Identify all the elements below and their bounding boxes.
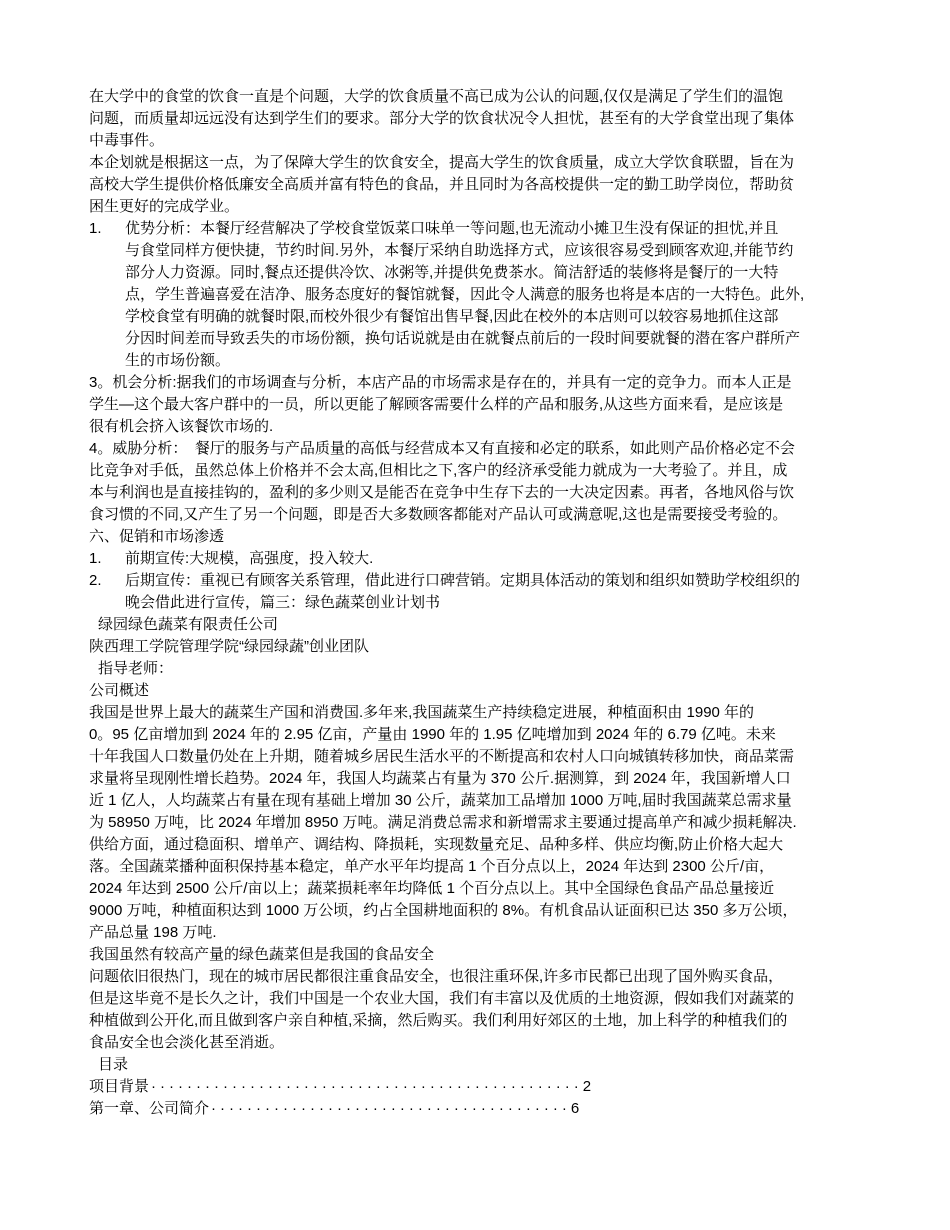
list-item-text: 优势分析：本餐厅经营解决了学校食堂饭菜口味单一等问题,也无流动小摊卫生没有保证的… [125, 218, 889, 372]
paragraph: 问题依旧很热门，现在的城市居民都很注重食品安全，也很注重环保,许多市民都已出现了… [89, 966, 889, 1054]
list-marker: 1. [89, 218, 102, 240]
list-marker: 1. [89, 548, 102, 570]
list-item: 1.前期宣传:大规模，高强度，投入较大. [89, 548, 889, 570]
toc-page-number: 6 [571, 1100, 579, 1117]
list-item: 1.优势分析：本餐厅经营解决了学校食堂饭菜口味单一等问题,也无流动小摊卫生没有保… [89, 218, 889, 372]
paragraph: 公司概述 [89, 680, 889, 702]
toc-page-number: 2 [583, 1078, 591, 1095]
paragraph: 本企划就是根据这一点，为了保障大学生的饮食安全，提高大学生的饮食质量，成立大学饮… [89, 152, 889, 218]
list-marker: 2. [89, 570, 102, 592]
toc-dot-leader: ········································ [209, 1100, 571, 1117]
paragraph: 陕西理工学院管理学院“绿园绿蔬”创业团队 [89, 636, 889, 658]
toc-entry: 第一章、公司简介································… [89, 1098, 889, 1120]
paragraph: 目录 [89, 1054, 889, 1076]
list-item-text: 后期宣传：重视已有顾客关系管理，借此进行口碑营销。定期具体活动的策划和组织如赞助… [125, 570, 889, 614]
toc-label: 项目背景 [89, 1078, 149, 1095]
paragraph: 六、促销和市场渗透 [89, 526, 889, 548]
paragraph: 在大学中的食堂的饮食一直是个问题，大学的饮食质量不高已成为公认的问题,仅仅是满足… [89, 86, 889, 152]
list-item: 2.后期宣传：重视已有顾客关系管理，借此进行口碑营销。定期具体活动的策划和组织如… [89, 570, 889, 614]
document-body: 在大学中的食堂的饮食一直是个问题，大学的饮食质量不高已成为公认的问题,仅仅是满足… [89, 86, 889, 1120]
paragraph: 我国虽然有较高产量的绿色蔬菜但是我国的食品安全 [89, 944, 889, 966]
paragraph: 指导老师： [89, 658, 889, 680]
toc-dot-leader: ········································… [149, 1078, 583, 1095]
paragraph: 我国是世界上最大的蔬菜生产国和消费国.多年来,我国蔬菜生产持续稳定进展，种植面积… [89, 702, 889, 944]
toc-label: 第一章、公司简介 [89, 1100, 209, 1117]
paragraph: 绿园绿色蔬菜有限责任公司 [89, 614, 889, 636]
paragraph: 4。威胁分析： 餐厅的服务与产品质量的高低与经营成本又有直接和必定的联系，如此则… [89, 438, 889, 526]
toc-entry: 项目背景····································… [89, 1076, 889, 1098]
document-page: { "page": { "background": "#ffffff", "te… [0, 0, 950, 1230]
paragraph: 3。机会分析:据我们的市场调查与分析，本店产品的市场需求是存在的，并具有一定的竞… [89, 372, 889, 438]
list-item-text: 前期宣传:大规模，高强度，投入较大. [125, 548, 889, 570]
